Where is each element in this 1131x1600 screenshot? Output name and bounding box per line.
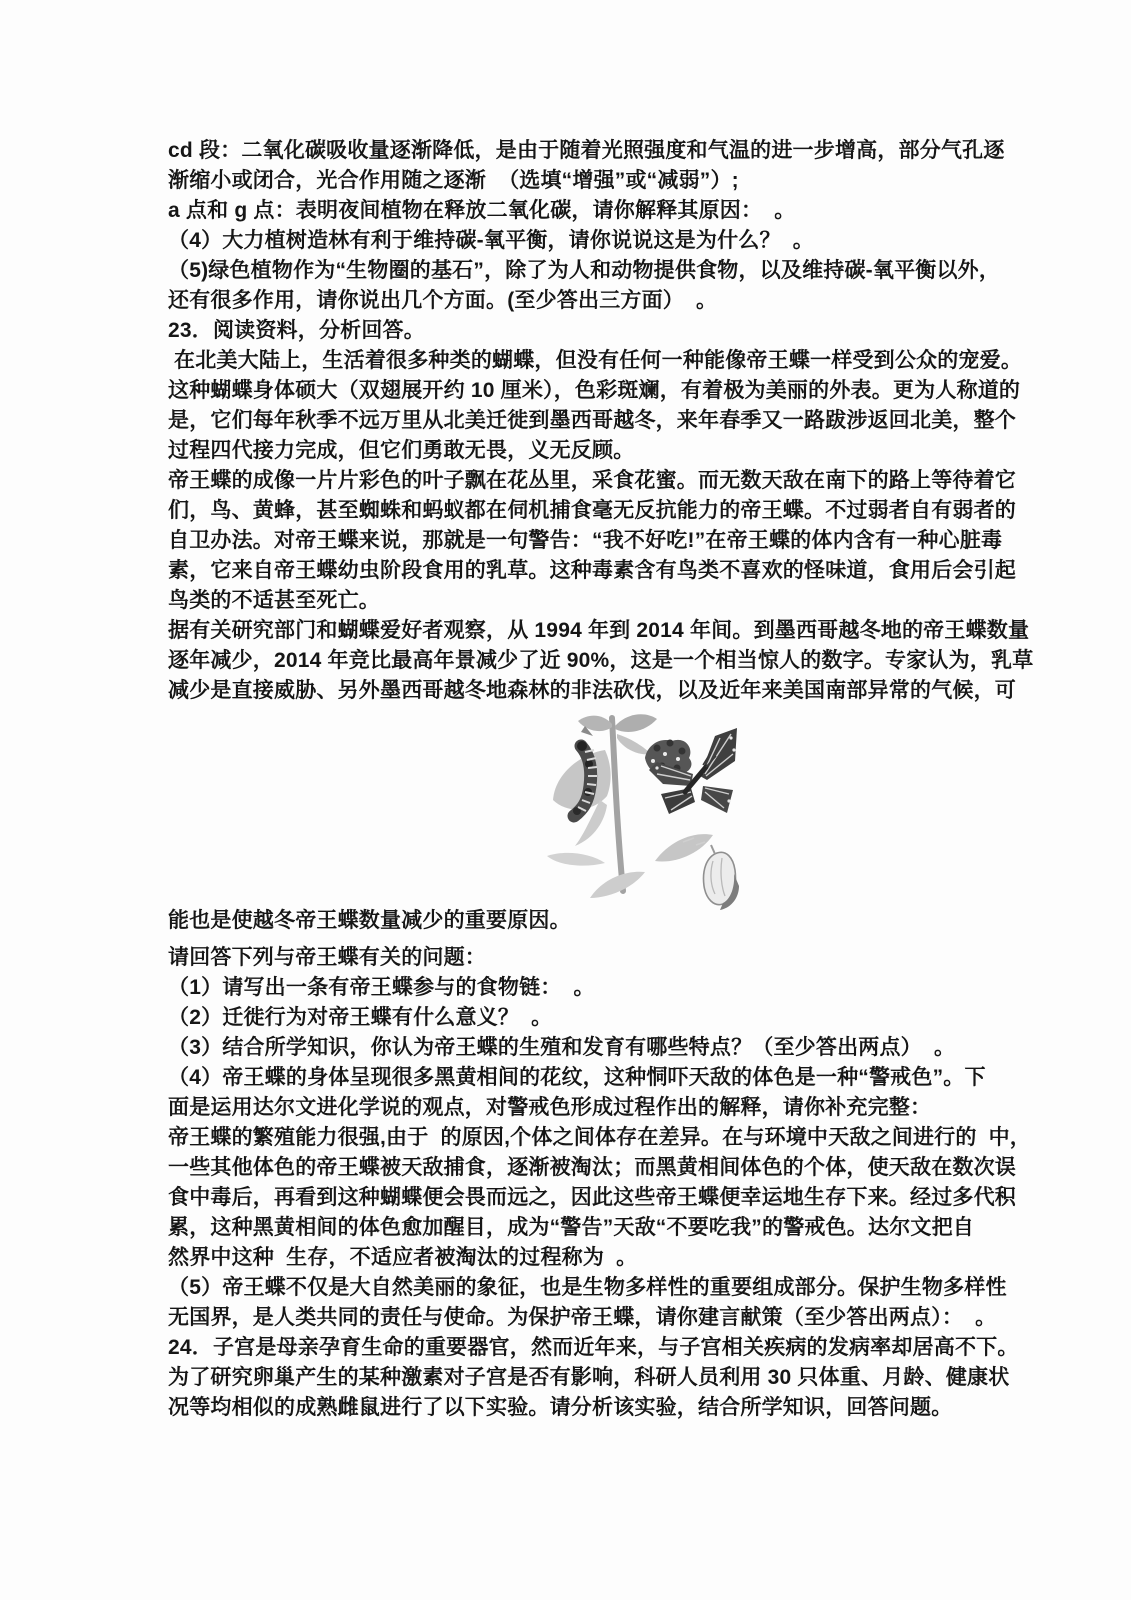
text-line: cd 段：二氧化碳吸收量逐渐降低，是由于随着光照强度和气温的进一步增高，部分气孔… bbox=[168, 136, 1008, 166]
text-line: 这种蝴蝶身体硕大（双翅展开约 10 厘米），色彩斑斓，有着极为美丽的外表。更为人… bbox=[168, 376, 1008, 406]
text-line: 食中毒后，再看到这种蝴蝶便会畏而远之，因此这些帝王蝶便幸运地生存下来。经过多代积 bbox=[168, 1183, 1008, 1213]
text-line: 无国界，是人类共同的责任与使命。为保护帝王蝶，请你建言献策（至少答出两点）： 。 bbox=[168, 1303, 1008, 1333]
caterpillar-head bbox=[577, 741, 587, 751]
text-line: 减少是直接威胁、另外墨西哥越冬地森林的非法砍伐，以及近年来美国南部异常的气候，可 bbox=[168, 676, 1008, 706]
text-line: 过程四代接力完成，但它们勇敢无畏，义无反顾。 bbox=[168, 436, 1008, 466]
text-line: 累，这种黑黄相间的体色愈加醒目，成为“警告”天敌“不要吃我”的警戒色。达尔文把自 bbox=[168, 1213, 1008, 1243]
text-line: 在北美大陆上，生活着很多种类的蝴蝶，但没有任何一种能像帝王蝶一样受到公众的宠爱。 bbox=[168, 346, 1008, 376]
butterfly-hindwing-right bbox=[701, 786, 733, 813]
leaf-lower-mid bbox=[590, 872, 645, 898]
text-line: 鸟类的不适甚至死亡。 bbox=[168, 586, 1008, 616]
text-line: 素，它来自帝王蝶幼虫阶段食用的乳草。这种毒素含有鸟类不喜欢的怪味道，食用后会引起 bbox=[168, 556, 1008, 586]
text-line: 逐年减少，2014 年竞比最高年景减少了近 90%，这是一个相当惊人的数字。专家… bbox=[168, 646, 1008, 676]
leaf-mid-right bbox=[617, 734, 651, 754]
text-line: 据有关研究部门和蝴蝶爱好者观察，从 1994 年到 2014 年间。到墨西哥越冬… bbox=[168, 616, 1008, 646]
text-line: （1）请写出一条有帝王蝶参与的食物链： 。 bbox=[168, 973, 1008, 1003]
text-line: 一些其他体色的帝王蝶被天敌捕食，逐渐被淘汰；而黑黄相间体色的个体，使天敌在数次误 bbox=[168, 1153, 1008, 1183]
plant-stem bbox=[612, 718, 623, 891]
text-line: （4）帝王蝶的身体呈现很多黑黄相间的花纹，这种恫吓天敌的体色是一种“警戒色”。下 bbox=[168, 1063, 1008, 1093]
leaf-top-left bbox=[578, 716, 612, 731]
text-line: 然界中这种 生存，不适应者被淘汰的过程称为 。 bbox=[168, 1243, 1008, 1273]
document-page: cd 段：二氧化碳吸收量逐渐降低，是由于随着光照强度和气温的进一步增高，部分气孔… bbox=[0, 0, 1131, 1600]
monarch-lifecycle-sketch-icon bbox=[545, 706, 750, 918]
text-line: 帝王蝶的繁殖能力很强,由于 的原因,个体之间体存在差异。在与环境中天敌之间进行的… bbox=[168, 1123, 1008, 1153]
text-line: 24．子宫是母亲孕育生命的重要器官，然而近年来，与子宫相关疾病的发病率却居高不下… bbox=[168, 1333, 1008, 1363]
text-line: 们，鸟、黄蜂，甚至蜘蛛和蚂蚁都在伺机捕食毫无反抗能力的帝王蝶。不过弱者自有弱者的 bbox=[168, 496, 1008, 526]
exam-text-content: cd 段：二氧化碳吸收量逐渐降低，是由于随着光照强度和气温的进一步增高，部分气孔… bbox=[168, 136, 1008, 1423]
text-line: 为了研究卵巢产生的某种激素对子宫是否有影响，科研人员利用 30 只体重、月龄、健… bbox=[168, 1363, 1008, 1393]
leaf-top-right bbox=[615, 714, 657, 732]
chrysalis bbox=[704, 845, 739, 910]
text-line: 面是运用达尔文进化学说的观点，对警戒色形成过程作出的解释，请你补充完整： bbox=[168, 1093, 1008, 1123]
text-line: 还有很多作用，请你说出几个方面。(至少答出三方面） 。 bbox=[168, 286, 1008, 316]
text-line: （4）大力植树造林有利于维持碳-氧平衡，请你说说这是为什么？ 。 bbox=[168, 226, 1008, 256]
leaf-lower-right bbox=[655, 834, 713, 861]
passage-before-figure: cd 段：二氧化碳吸收量逐渐降低，是由于随着光照强度和气温的进一步增高，部分气孔… bbox=[168, 136, 1008, 706]
text-line: 渐缩小或闭合，光合作用随之逐渐 （选填“增强”或“减弱”）; bbox=[168, 166, 1008, 196]
text-line: （2）迁徙行为对帝王蝶有什么意义？ 。 bbox=[168, 1003, 1008, 1033]
text-line: 况等均相似的成熟雌鼠进行了以下实验。请分析该实验，结合所学知识，回答问题。 bbox=[168, 1393, 1008, 1423]
text-line: 自卫办法。对帝王蝶来说，那就是一句警告：“我不好吃!”在帝王蝶的体内含有一种心脏… bbox=[168, 526, 1008, 556]
text-line: a 点和 g 点：表明夜间植物在释放二氧化碳，请你解释其原因： 。 bbox=[168, 196, 1008, 226]
text-line: （5)绿色植物作为“生物圈的基石”，除了为人和动物提供食物，以及维持碳-氧平衡以… bbox=[168, 256, 1008, 286]
passage-after-figure: 能也是使越冬帝王蝶数量减少的重要原因。请回答下列与帝王蝶有关的问题：（1）请写出… bbox=[168, 906, 1008, 1423]
leaf-lower-left-thin bbox=[547, 853, 605, 866]
text-line: 请回答下列与帝王蝶有关的问题： bbox=[168, 943, 1008, 973]
monarch-lifecycle-figure bbox=[168, 706, 1008, 906]
text-line: （3）结合所学知识，你认为帝王蝶的生殖和发育有哪些特点？（至少答出两点） 。 bbox=[168, 1033, 1008, 1063]
text-line: （5）帝王蝶不仅是大自然美丽的象征，也是生物多样性的重要组成部分。保护生物多样性 bbox=[168, 1273, 1008, 1303]
text-line: 是，它们每年秋季不远万里从北美迁徙到墨西哥越冬，来年春季又一路跋涉返回北美，整个 bbox=[168, 406, 1008, 436]
text-line: 23．阅读资料，分析回答。 bbox=[168, 316, 1008, 346]
text-line: 帝王蝶的成像一片片彩色的叶子飘在花丛里，采食花蜜。而无数天敌在南下的路上等待着它 bbox=[168, 466, 1008, 496]
chrysalis-top-hook bbox=[711, 845, 715, 854]
